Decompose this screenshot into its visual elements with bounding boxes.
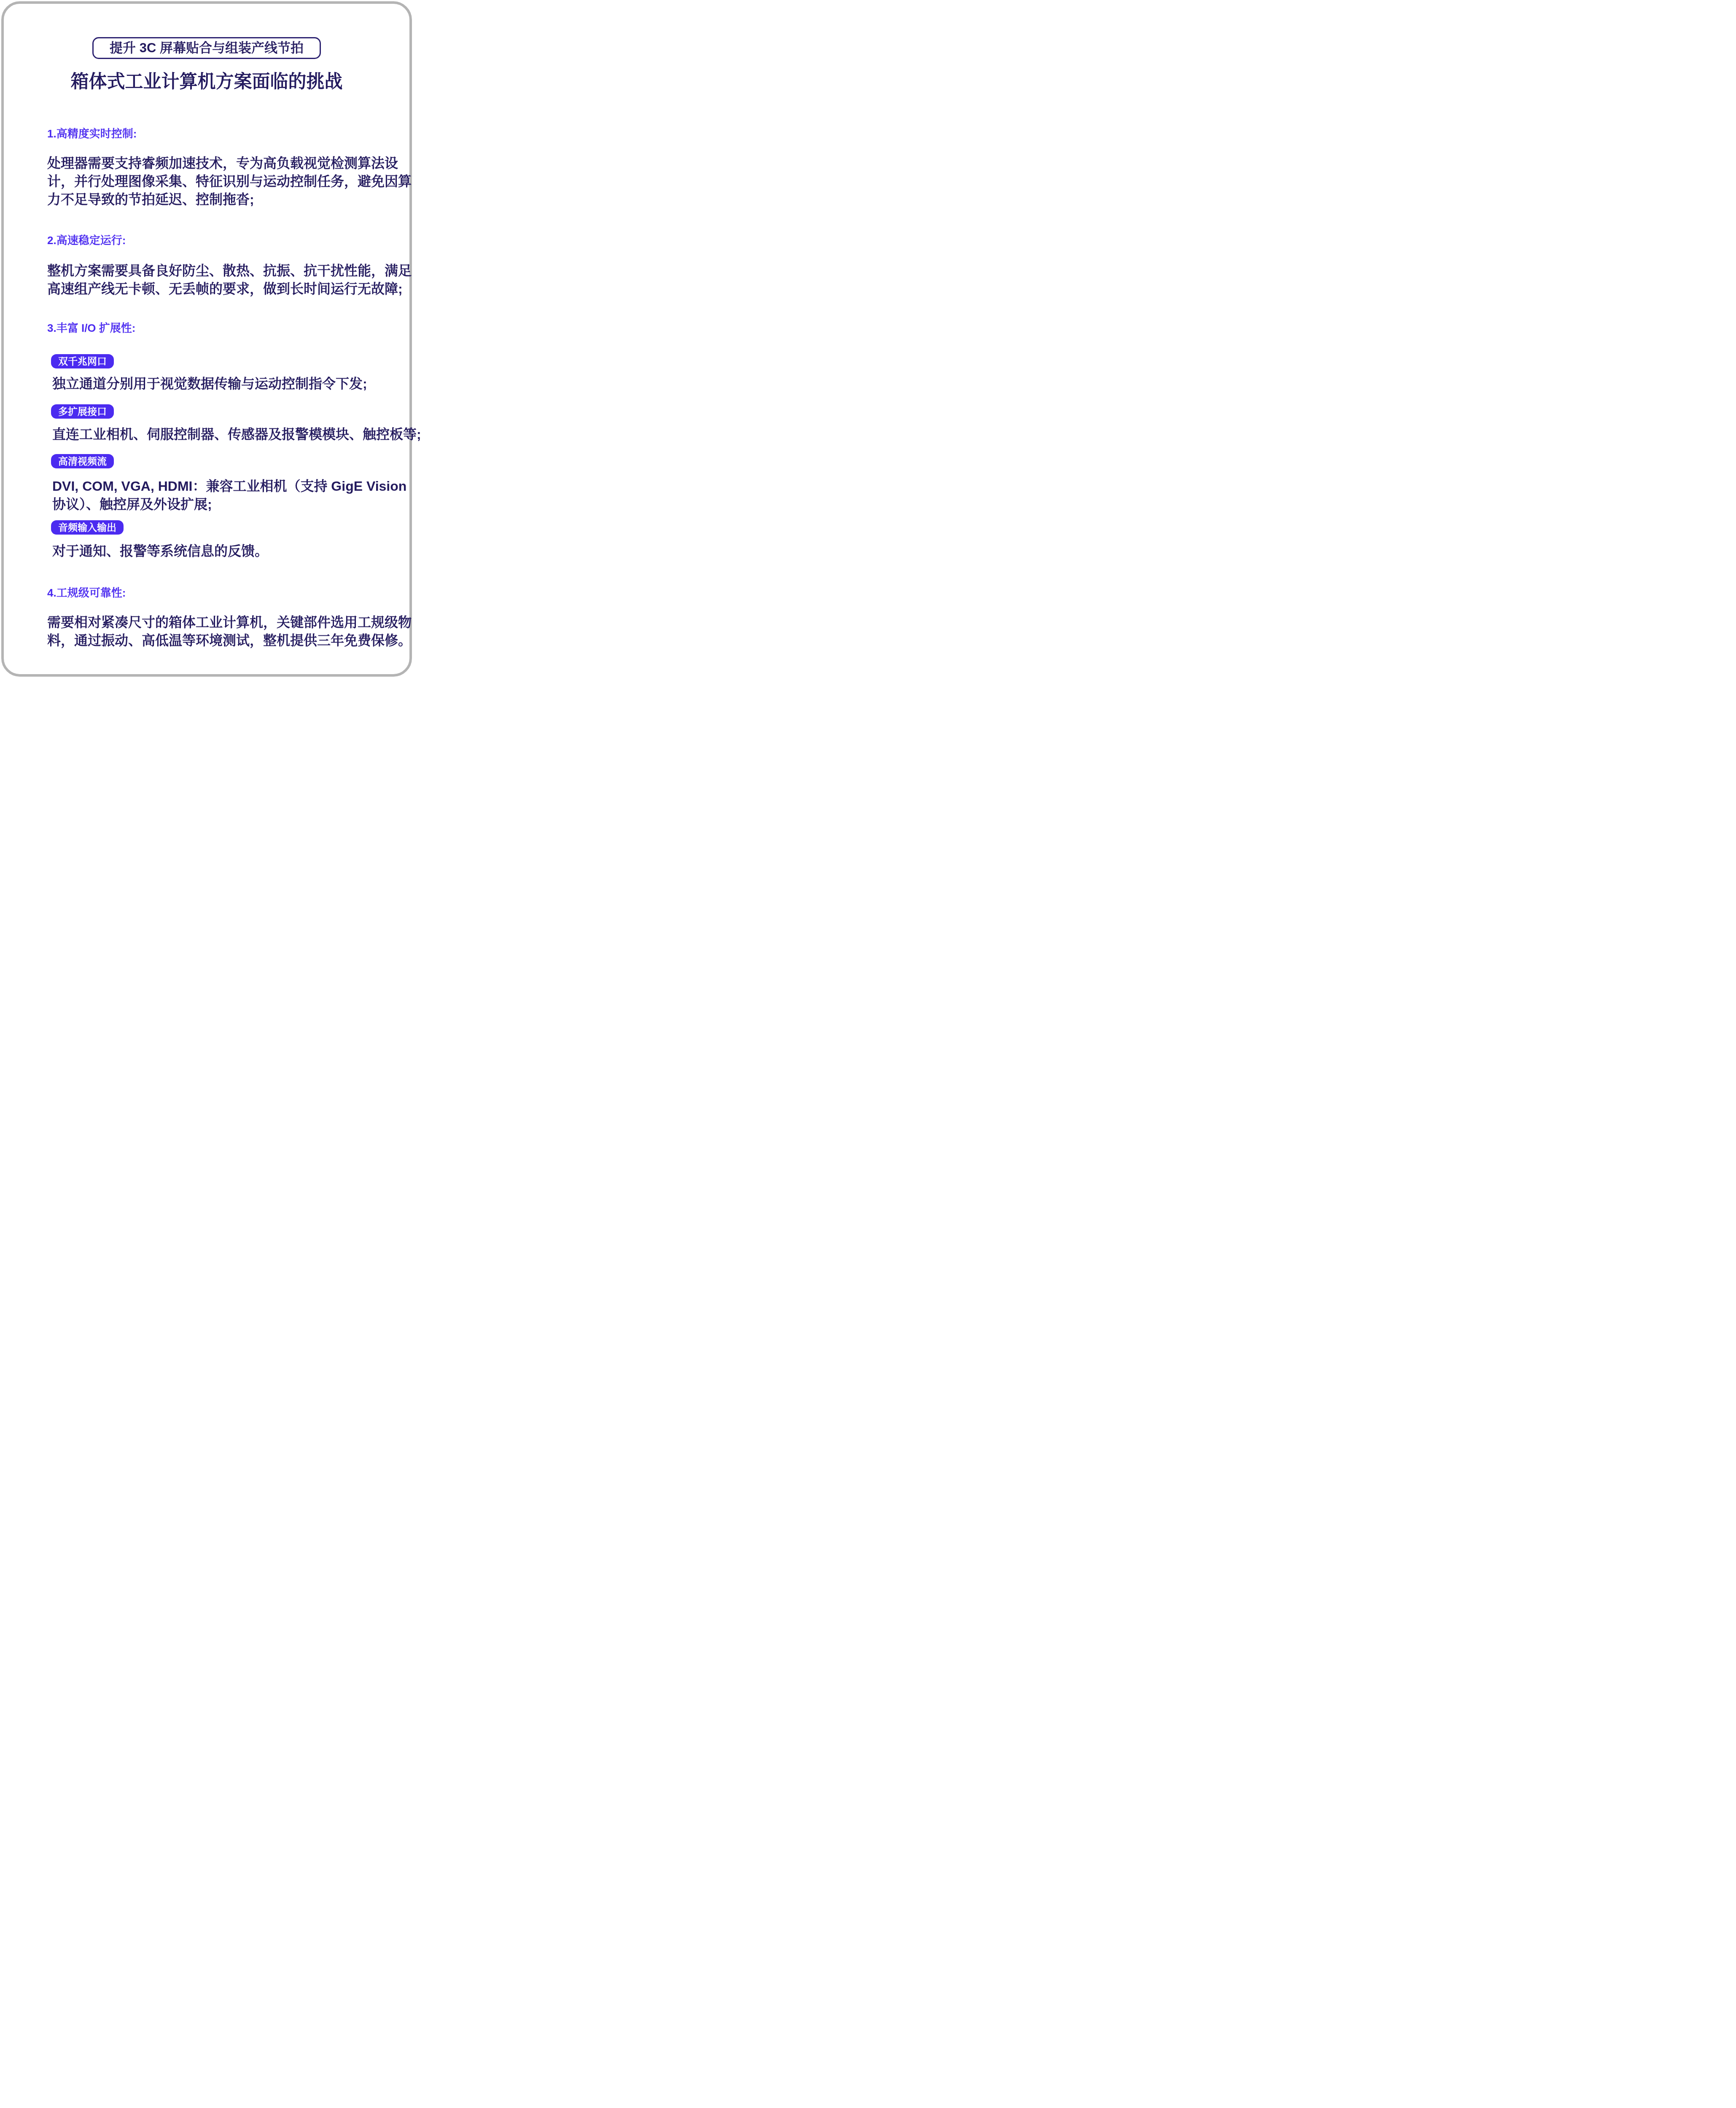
feature-tag-audio-io: 音频输入输出	[51, 520, 124, 535]
paragraph-line: 需要相对紧凑尺寸的箱体工业计算机，关键部件选用工规级物	[47, 613, 412, 632]
paragraph-line: 力不足导致的节拍延迟、控制拖沓;	[47, 191, 412, 209]
section-2-heading: 2.高速稳定运行:	[47, 234, 126, 247]
top-badge-label: 提升 3C 屏幕贴合与组装产线节拍	[110, 40, 304, 55]
paragraph-line: 独立通道分别用于视觉数据传输与运动控制指令下发;	[52, 375, 367, 393]
paragraph-line: 处理器需要支持睿频加速技术，专为高负载视觉检测算法设	[47, 154, 412, 172]
feature-desc-expansion-ports: 直连工业相机、伺服控制器、传感器及报警模模块、触控板等;	[52, 425, 421, 444]
paragraph-line: 料，通过振动、高低温等环境测试，整机提供三年免费保修。	[47, 632, 412, 650]
paragraph-line: 直连工业相机、伺服控制器、传感器及报警模模块、触控板等;	[52, 425, 421, 444]
section-4-paragraph: 需要相对紧凑尺寸的箱体工业计算机，关键部件选用工规级物 料，通过振动、高低温等环…	[47, 613, 412, 650]
feature-tag-expansion-ports: 多扩展接口	[51, 404, 114, 419]
content-card: 提升 3C 屏幕贴合与组装产线节拍 箱体式工业计算机方案面临的挑战 1.高精度实…	[1, 1, 412, 677]
top-badge: 提升 3C 屏幕贴合与组装产线节拍	[92, 37, 321, 59]
paragraph-line: 计，并行处理图像采集、特征识别与运动控制任务，避免因算	[47, 172, 412, 191]
paragraph-line: 协议）、触控屏及外设扩展;	[52, 495, 406, 514]
feature-desc-dual-gigabit-lan: 独立通道分别用于视觉数据传输与运动控制指令下发;	[52, 375, 367, 393]
feature-tag-dual-gigabit-lan: 双千兆网口	[51, 354, 114, 368]
paragraph-line: DVI, COM, VGA, HDMI：兼容工业相机（支持 GigE Visio…	[52, 477, 406, 495]
feature-desc-hd-video: DVI, COM, VGA, HDMI：兼容工业相机（支持 GigE Visio…	[52, 477, 406, 514]
feature-desc-audio-io: 对于通知、报警等系统信息的反馈。	[52, 542, 268, 560]
paragraph-line: 整机方案需要具备良好防尘、散热、抗振、抗干扰性能，满足	[47, 262, 412, 280]
page-title: 箱体式工业计算机方案面临的挑战	[4, 70, 409, 94]
section-1-heading: 1.高精度实时控制:	[47, 127, 137, 140]
feature-tag-hd-video: 高清视频流	[51, 454, 114, 468]
section-1-paragraph: 处理器需要支持睿频加速技术，专为高负载视觉检测算法设 计，并行处理图像采集、特征…	[47, 154, 412, 209]
section-2-paragraph: 整机方案需要具备良好防尘、散热、抗振、抗干扰性能，满足 高速组产线无卡顿、无丢帧…	[47, 262, 412, 298]
paragraph-line: 对于通知、报警等系统信息的反馈。	[52, 542, 268, 560]
section-3-heading: 3.丰富 I/O 扩展性:	[47, 321, 135, 335]
paragraph-line: 高速组产线无卡顿、无丢帧的要求，做到长时间运行无故障;	[47, 280, 412, 298]
section-4-heading: 4.工规级可靠性:	[47, 586, 126, 600]
